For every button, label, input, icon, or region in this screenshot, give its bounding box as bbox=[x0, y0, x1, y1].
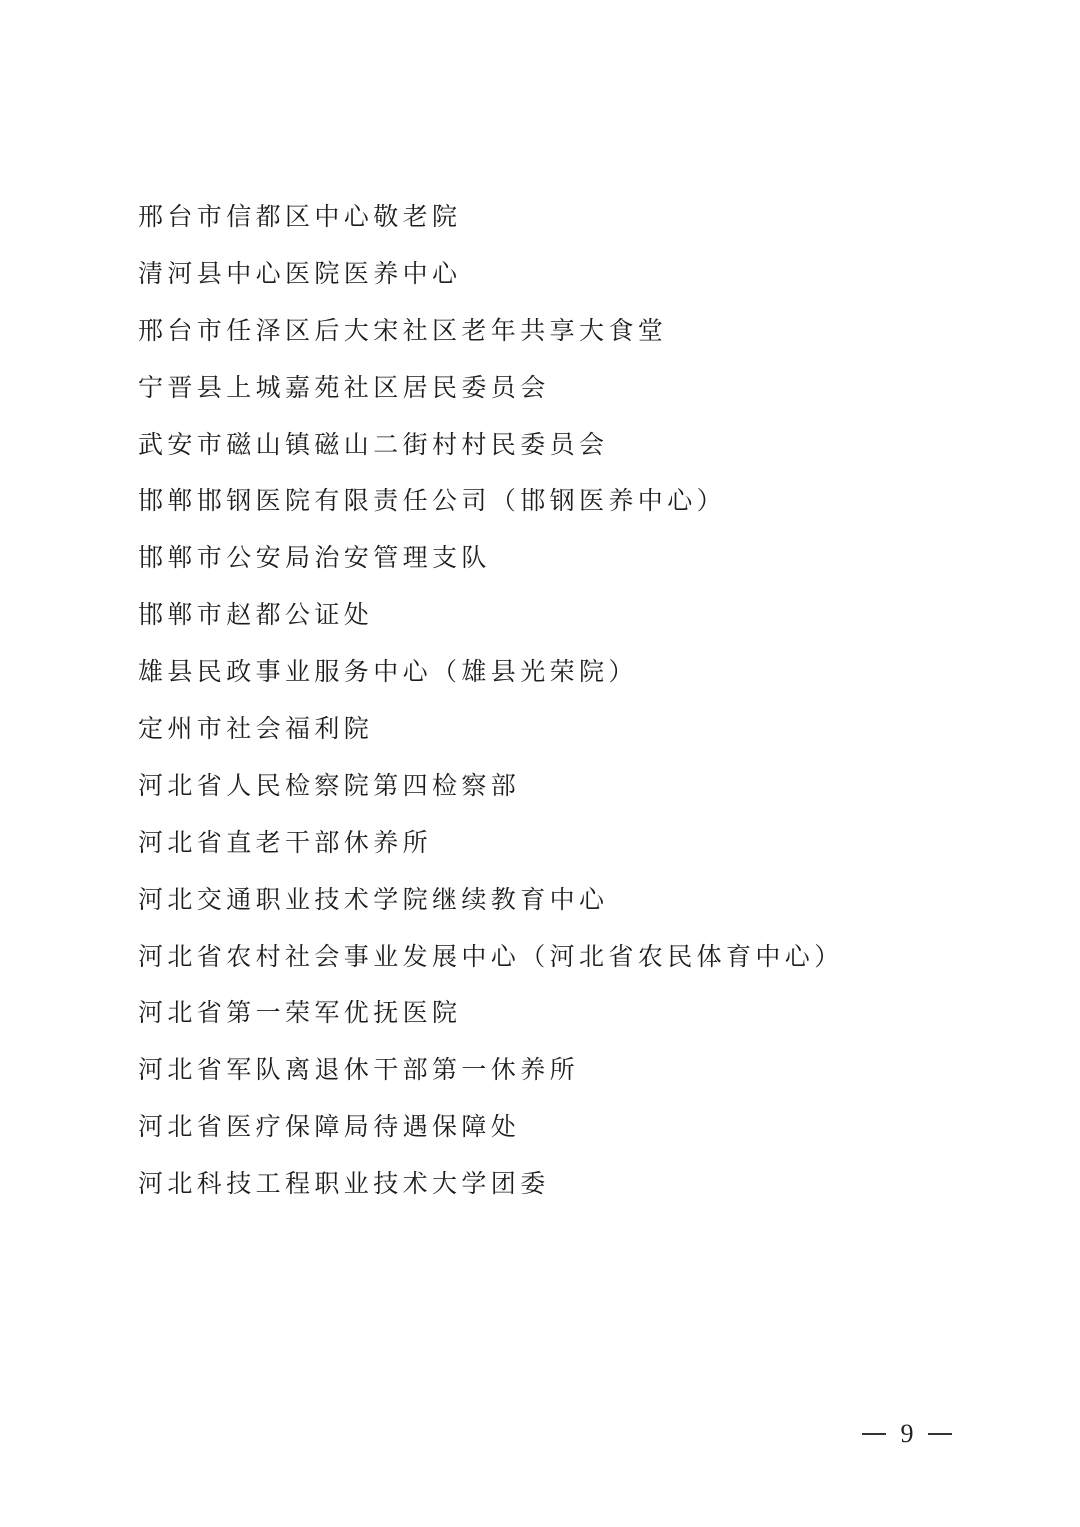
list-item: 邢台市信都区中心敬老院 bbox=[138, 196, 844, 253]
page-number: 9 bbox=[862, 1416, 952, 1452]
list-item: 河北省人民检察院第四检察部 bbox=[138, 765, 844, 822]
dash-left-decoration bbox=[862, 1433, 886, 1435]
list-item: 宁晋县上城嘉苑社区居民委员会 bbox=[138, 367, 844, 424]
list-item: 河北科技工程职业技术大学团委 bbox=[138, 1163, 844, 1220]
list-item: 武安市磁山镇磁山二街村村民委员会 bbox=[138, 424, 844, 481]
list-item: 邢台市任泽区后大宋社区老年共享大食堂 bbox=[138, 310, 844, 367]
list-item: 定州市社会福利院 bbox=[138, 708, 844, 765]
list-item: 清河县中心医院医养中心 bbox=[138, 253, 844, 310]
list-item: 河北省军队离退休干部第一休养所 bbox=[138, 1049, 844, 1106]
document-page: 邢台市信都区中心敬老院 清河县中心医院医养中心 邢台市任泽区后大宋社区老年共享大… bbox=[0, 0, 1080, 1527]
organization-list: 邢台市信都区中心敬老院 清河县中心医院医养中心 邢台市任泽区后大宋社区老年共享大… bbox=[138, 196, 844, 1220]
list-item: 河北省医疗保障局待遇保障处 bbox=[138, 1106, 844, 1163]
list-item: 邯郸邯钢医院有限责任公司（邯钢医养中心） bbox=[138, 480, 844, 537]
list-item: 邯郸市赵都公证处 bbox=[138, 594, 844, 651]
list-item: 河北省第一荣军优抚医院 bbox=[138, 992, 844, 1049]
dash-right-decoration bbox=[928, 1433, 952, 1435]
list-item: 雄县民政事业服务中心（雄县光荣院） bbox=[138, 651, 844, 708]
list-item: 河北省农村社会事业发展中心（河北省农民体育中心） bbox=[138, 936, 844, 993]
page-number-value: 9 bbox=[901, 1419, 914, 1449]
list-item: 河北省直老干部休养所 bbox=[138, 822, 844, 879]
list-item: 邯郸市公安局治安管理支队 bbox=[138, 537, 844, 594]
list-item: 河北交通职业技术学院继续教育中心 bbox=[138, 879, 844, 936]
